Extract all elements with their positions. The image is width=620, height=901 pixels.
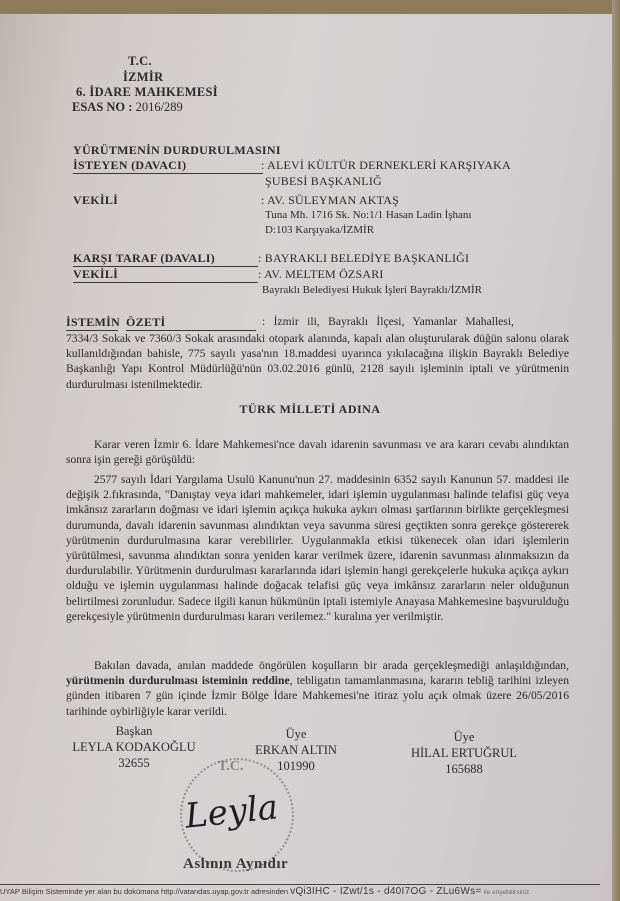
body-paragraph-1-text: Karar veren İzmir 6. İdare Mahkemesi'nce… — [66, 438, 569, 466]
signatory-number: 165688 — [384, 761, 544, 777]
plaintiff-name: : ALEVİ KÜLTÜR DERNEKLERİ KARŞIYAKA — [261, 158, 511, 173]
page-edge — [612, 0, 620, 901]
body-paragraph-2: 2577 sayılı İdari Yargılama Usulü Kanunu… — [66, 472, 569, 624]
footer-text: UYAP Bilişim Sisteminde yer alan bu dokü… — [0, 887, 288, 896]
body-paragraph-3: Bakılan davada, anılan maddede öngörülen… — [66, 658, 569, 719]
signatory-role: Üye — [216, 726, 376, 742]
body-paragraph-2-text: 2577 sayılı İdari Yargılama Usulü Kanunu… — [66, 473, 569, 623]
defendant-attorney: : AV. MELTEM ÖZSARI — [258, 267, 384, 282]
summary-text: 7334/3 Sokak ve 7360/3 Sokak arasındaki … — [66, 331, 569, 392]
case-number: ESAS NO : 2016/289 — [72, 100, 183, 115]
defendant-attorney-address: Bayraklı Belediyesi Hukuk İşleri Bayrakl… — [262, 284, 482, 296]
decision-title: TÜRK MİLLETİ ADINA — [0, 402, 620, 417]
case-number-label: ESAS NO : — [72, 100, 132, 114]
summary-label-2: ÖZETİ — [126, 315, 256, 331]
defendant-attorney-label: VEKİLİ — [73, 267, 258, 283]
signatory-name: HİLAL ERTUĞRUL — [384, 745, 544, 761]
body-paragraph-3-text-a: Bakılan davada, anılan maddede öngörülen… — [94, 659, 569, 672]
body-paragraph-1: Karar veren İzmir 6. İdare Mahkemesi'nce… — [66, 437, 569, 467]
signatory-president: Başkan LEYLA KODAKOĞLU 32655 — [54, 723, 214, 771]
header-tc: T.C. — [128, 54, 152, 69]
request-title-1: YÜRÜTMENİN DURDURULMASINI — [73, 143, 281, 158]
signatory-name: ERKAN ALTIN — [216, 742, 376, 758]
plaintiff-attorney-address-2: D:103 Karşıyaka/İZMİR — [265, 224, 374, 236]
stamp-tc-text: T.C. — [218, 759, 243, 775]
court-name: 6. İDARE MAHKEMESİ — [76, 85, 218, 100]
header-city: İZMİR — [123, 70, 163, 85]
request-title-2: İSTEYEN (DAVACI) — [73, 158, 263, 174]
summary-label-1: İSTEMİN — [66, 315, 118, 331]
footer-tail: ile erişebilirsiniz. — [484, 889, 531, 896]
decision-verdict: yürütmenin durdurulması isteminin reddin… — [66, 674, 290, 687]
signatory-number: 32655 — [54, 755, 214, 771]
plaintiff-name-cont: ŞUBESİ BAŞKANLIĞ — [265, 174, 382, 189]
signatory-role: Başkan — [54, 723, 214, 739]
case-number-value: 2016/289 — [136, 100, 183, 114]
plaintiff-attorney-address-1: Tuna Mh. 1716 Sk. No:1/1 Hasan Ladin İşh… — [265, 209, 471, 221]
footer-divider — [0, 884, 600, 885]
defendant-label: KARŞI TARAF (DAVALI) — [73, 251, 258, 267]
signatory-role: Üye — [384, 729, 544, 745]
footer: UYAP Bilişim Sisteminde yer alan bu dokü… — [0, 886, 531, 897]
plaintiff-attorney-label: VEKİLİ — [73, 193, 118, 208]
plaintiff-attorney: : AV. SÜLEYMAN AKTAŞ — [261, 193, 399, 208]
summary-text-first: : İzmir ili, Bayraklı İlçesi, Yamanlar M… — [262, 315, 514, 328]
footer-verification-code: vQi3IHC - IZwt/1s - d40I7OG - ZLu6Ws= — [290, 886, 481, 897]
certified-copy-stamp: Aslının Aynıdır — [183, 856, 288, 873]
signatory-member-2: Üye HİLAL ERTUĞRUL 165688 — [384, 729, 544, 777]
signatory-name: LEYLA KODAKOĞLU — [54, 739, 214, 755]
defendant-name: : BAYRAKLI BELEDİYE BAŞKANLIĞI — [258, 251, 469, 266]
